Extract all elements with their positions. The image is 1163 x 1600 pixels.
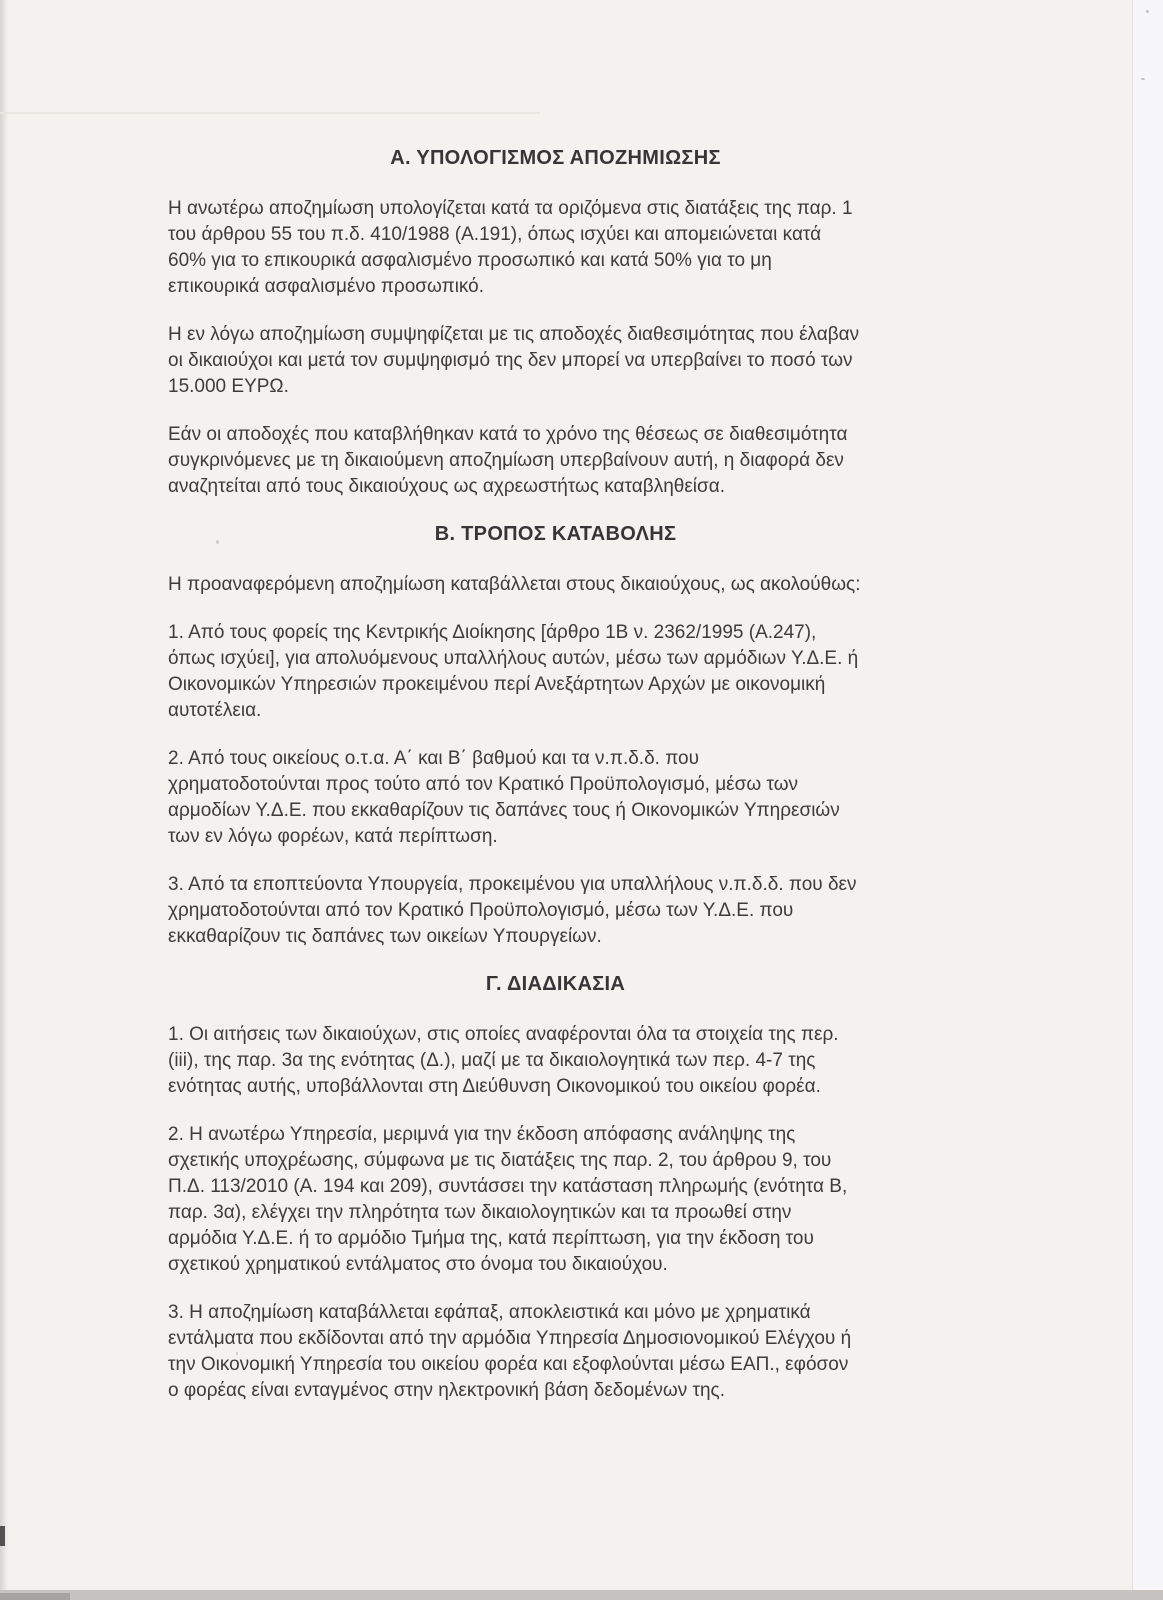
paragraph: Η ανωτέρω αποζημίωση υπολογίζεται κατά τ… [168, 196, 943, 300]
scan-bottom-band [0, 1590, 1163, 1600]
scan-crease-line [0, 112, 540, 114]
paragraph: Εάν οι αποδοχές που καταβλήθηκαν κατά το… [168, 422, 943, 500]
section-payment-method: Β. ΤΡΟΠΟΣ ΚΑΤΑΒΟΛΗΣ Η προαναφερόμενη απο… [168, 522, 943, 950]
section-heading-a: Α. ΥΠΟΛΟΓΙΣΜΟΣ ΑΠΟΖΗΜΙΩΣΗΣ [168, 146, 943, 170]
scanned-document-page: Α. ΥΠΟΛΟΓΙΣΜΟΣ ΑΠΟΖΗΜΙΩΣΗΣ Η ανωτέρω απο… [0, 0, 1163, 1600]
section-compensation-calculation: Α. ΥΠΟΛΟΓΙΣΜΟΣ ΑΠΟΖΗΜΙΩΣΗΣ Η ανωτέρω απο… [168, 146, 943, 500]
section-procedure: Γ. ΔΙΑΔΙΚΑΣΙΑ 1. Οι αιτήσεις των δικαιού… [168, 972, 943, 1404]
paragraph: Η προαναφερόμενη αποζημίωση καταβάλλεται… [168, 572, 943, 598]
section-heading-c: Γ. ΔΙΑΔΙΚΑΣΙΑ [168, 972, 943, 996]
scan-left-edge-shadow [0, 0, 8, 1600]
scan-corner-mark [0, 1526, 5, 1546]
scan-bottom-band-smudge [0, 1593, 70, 1600]
paragraph: 1. Από τους φορείς της Κεντρικής Διοίκησ… [168, 620, 943, 724]
scan-speck [1146, 10, 1149, 13]
scan-right-edge-strip [1132, 0, 1163, 1600]
paragraph: 2. Από τους οικείους ο.τ.α. Α΄ και Β΄ βα… [168, 746, 943, 850]
document-content: Α. ΥΠΟΛΟΓΙΣΜΟΣ ΑΠΟΖΗΜΙΩΣΗΣ Η ανωτέρω απο… [168, 146, 943, 1426]
paragraph: 2. Η ανωτέρω Υπηρεσία, μεριμνά για την έ… [168, 1122, 943, 1278]
scan-speck [1141, 78, 1145, 80]
paragraph: 1. Οι αιτήσεις των δικαιούχων, στις οποί… [168, 1022, 943, 1100]
paragraph: 3. Η αποζημίωση καταβάλλεται εφάπαξ, απο… [168, 1300, 943, 1404]
paragraph: 3. Από τα εποπτεύοντα Υπουργεία, προκειμ… [168, 872, 943, 950]
section-heading-b: Β. ΤΡΟΠΟΣ ΚΑΤΑΒΟΛΗΣ [168, 522, 943, 546]
paragraph: Η εν λόγω αποζημίωση συμψηφίζεται με τις… [168, 322, 943, 400]
